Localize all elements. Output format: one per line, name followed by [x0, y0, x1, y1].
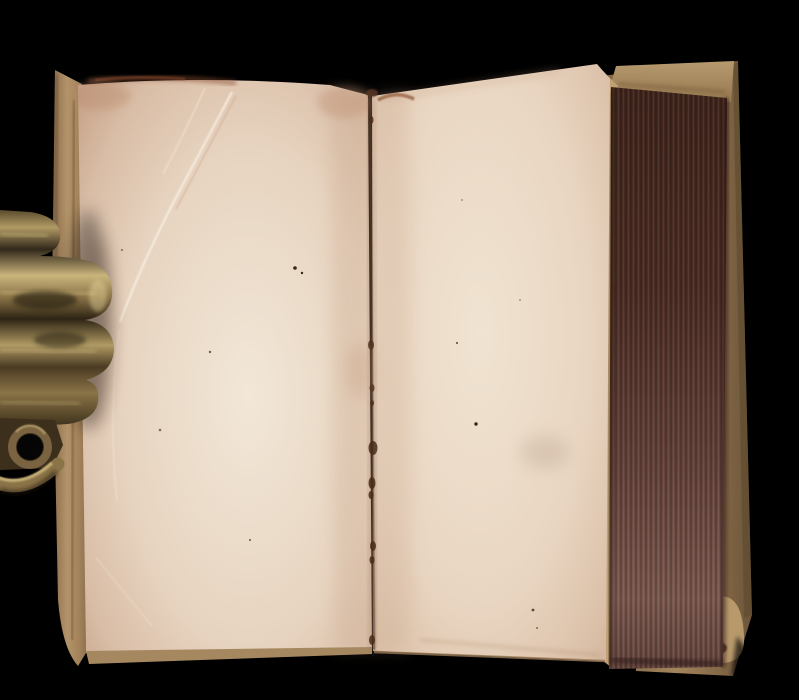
fore-edge — [609, 87, 727, 669]
antique-book-photo — [0, 0, 799, 700]
brass-clasp — [0, 210, 114, 430]
smudge — [521, 435, 569, 469]
right-page — [372, 64, 610, 661]
book-photo-canvas — [0, 0, 799, 700]
left-page — [70, 77, 373, 664]
catch-hole — [17, 434, 43, 460]
